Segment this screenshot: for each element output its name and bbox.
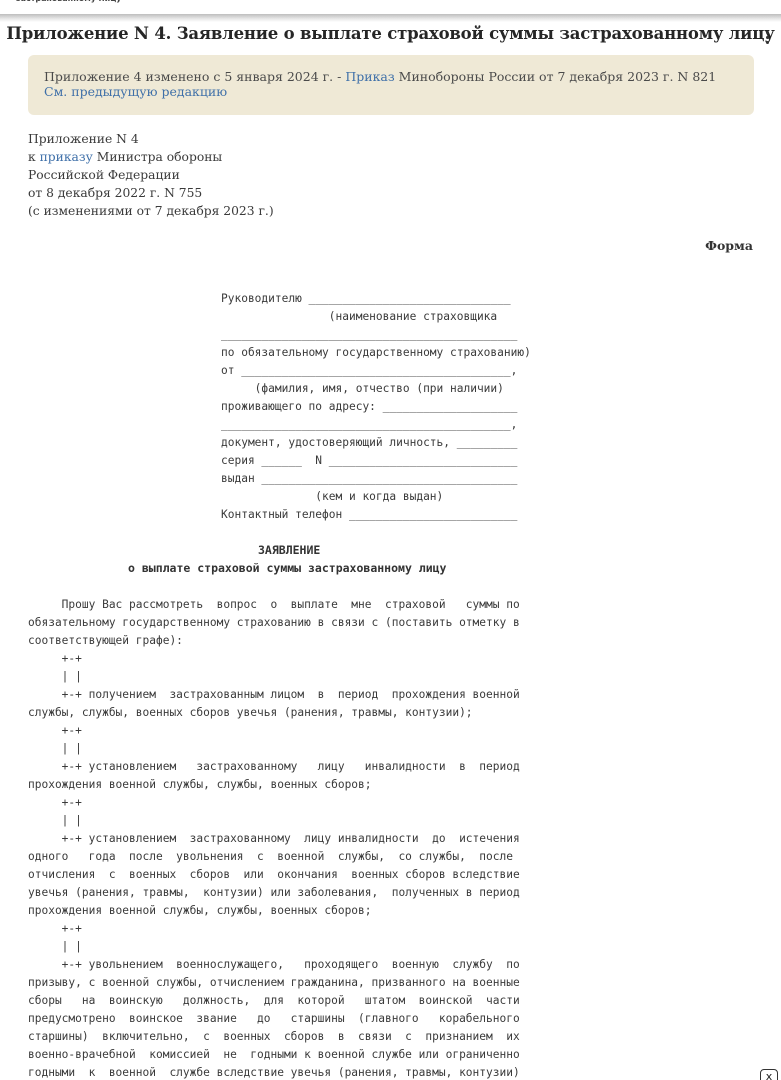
form-header-line: ________________________________________… — [221, 326, 531, 344]
appendix-federation: Российской Федерации — [28, 166, 274, 184]
body-line: | | — [28, 668, 520, 686]
body-line: сборы на воинскую должность, для которой… — [28, 992, 520, 1010]
appendix-order-line: к приказу Министра обороны — [28, 148, 274, 166]
appendix-date: от 8 декабря 2022 г. N 755 — [28, 184, 274, 202]
statement-heading: ЗАЯВЛЕНИЕ о выплате страховой суммы заст… — [0, 541, 781, 577]
body-line: +-+ — [28, 794, 520, 812]
appendix-prefix: к — [28, 150, 40, 164]
page-title: Приложение N 4. Заявление о выплате стра… — [0, 24, 781, 43]
body-line: прохождения военной службы, службы, воен… — [28, 776, 520, 794]
form-header-line: (фамилия, имя, отчество (при наличии) — [221, 380, 531, 398]
body-line: | | — [28, 938, 520, 956]
body-line: соответствующей графе): — [28, 632, 520, 650]
notice-line: Приложение 4 изменено с 5 января 2024 г.… — [44, 69, 738, 84]
header-shadow-divider — [0, 14, 781, 22]
form-header-line: Контактный телефон _____________________… — [221, 506, 531, 524]
form-header-line: по обязательному государственному страхо… — [221, 344, 531, 362]
close-icon: x — [766, 1070, 773, 1080]
revision-notice: Приложение 4 изменено с 5 января 2024 г.… — [28, 55, 754, 115]
body-line: +-+ — [28, 920, 520, 938]
body-line: военно-врачебной комиссией не годными к … — [28, 1046, 520, 1064]
form-header-line: ________________________________________… — [221, 416, 531, 434]
body-line: годными к военной службе вследствие увеч… — [28, 1064, 520, 1080]
close-button[interactable]: x — [760, 1069, 778, 1080]
form-header-line: от _____________________________________… — [221, 362, 531, 380]
appendix-number: Приложение N 4 — [28, 130, 274, 148]
body-line: +-+ — [28, 650, 520, 668]
form-header-line: Руководителю ___________________________… — [221, 290, 531, 308]
notice-text: Приложение 4 изменено с 5 января 2024 г.… — [44, 69, 345, 84]
kebab-menu-icon[interactable] — [762, 31, 772, 49]
form-header-line: серия ______ N _________________________… — [221, 452, 531, 470]
body-line: Прошу Вас рассмотреть вопрос о выплате м… — [28, 596, 520, 614]
order-link[interactable]: Приказ — [345, 69, 394, 84]
form-label: Форма — [705, 238, 753, 253]
form-header-line: (кем и когда выдан) — [221, 488, 531, 506]
body-line: +-+ — [28, 722, 520, 740]
body-line: +-+ установлением застрахованному лицу и… — [28, 758, 520, 776]
statement-title: ЗАЯВЛЕНИЕ — [0, 541, 781, 559]
body-line: +-+ получением застрахованным лицом в пе… — [28, 686, 520, 704]
body-line: обязательному государственному страхован… — [28, 614, 520, 632]
form-header-line: выдан __________________________________… — [221, 470, 531, 488]
body-line: +-+ увольнением военнослужащего, проходя… — [28, 956, 520, 974]
body-line: службы, службы, военных сборов увечья (р… — [28, 704, 520, 722]
body-line: старшины) включительно, с военных сборов… — [28, 1028, 520, 1046]
statement-subtitle: о выплате страховой суммы застрахованном… — [0, 559, 781, 577]
body-line: увечья (ранения, травмы, контузии) или з… — [28, 884, 520, 902]
body-line: прохождения военной службы, службы, воен… — [28, 902, 520, 920]
appendix-changes: (с изменениями от 7 декабря 2023 г.) — [28, 202, 274, 220]
notice-text-suffix: Минобороны России от 7 декабря 2023 г. N… — [395, 69, 717, 84]
appendix-suffix: Министра обороны — [93, 150, 222, 164]
body-line: | | — [28, 740, 520, 758]
body-line: предусмотрено воинское звание до старшин… — [28, 1010, 520, 1028]
order-reference-link[interactable]: приказу — [40, 150, 93, 164]
statement-body: Прошу Вас рассмотреть вопрос о выплате м… — [28, 596, 520, 1080]
form-header-line: (наименование страховщика — [221, 308, 531, 326]
body-line: +-+ установлением застрахованному лицу и… — [28, 830, 520, 848]
previous-edition-link[interactable]: См. предыдущую редакцию — [44, 84, 227, 99]
form-header-line: проживающего по адресу: ________________… — [221, 398, 531, 416]
breadcrumb-text: застрахованному лицу — [16, 0, 121, 3]
body-line: одного года после увольнения с военной с… — [28, 848, 520, 866]
body-line: | | — [28, 812, 520, 830]
appendix-header: Приложение N 4 к приказу Министра оборон… — [28, 130, 274, 220]
form-header-line: документ, удостоверяющий личность, _____… — [221, 434, 531, 452]
form-addressee-block: Руководителю ___________________________… — [221, 290, 531, 524]
body-line: призыву, с военной службы, отчислением г… — [28, 974, 520, 992]
body-line: отчисления с военных сборов или окончани… — [28, 866, 520, 884]
